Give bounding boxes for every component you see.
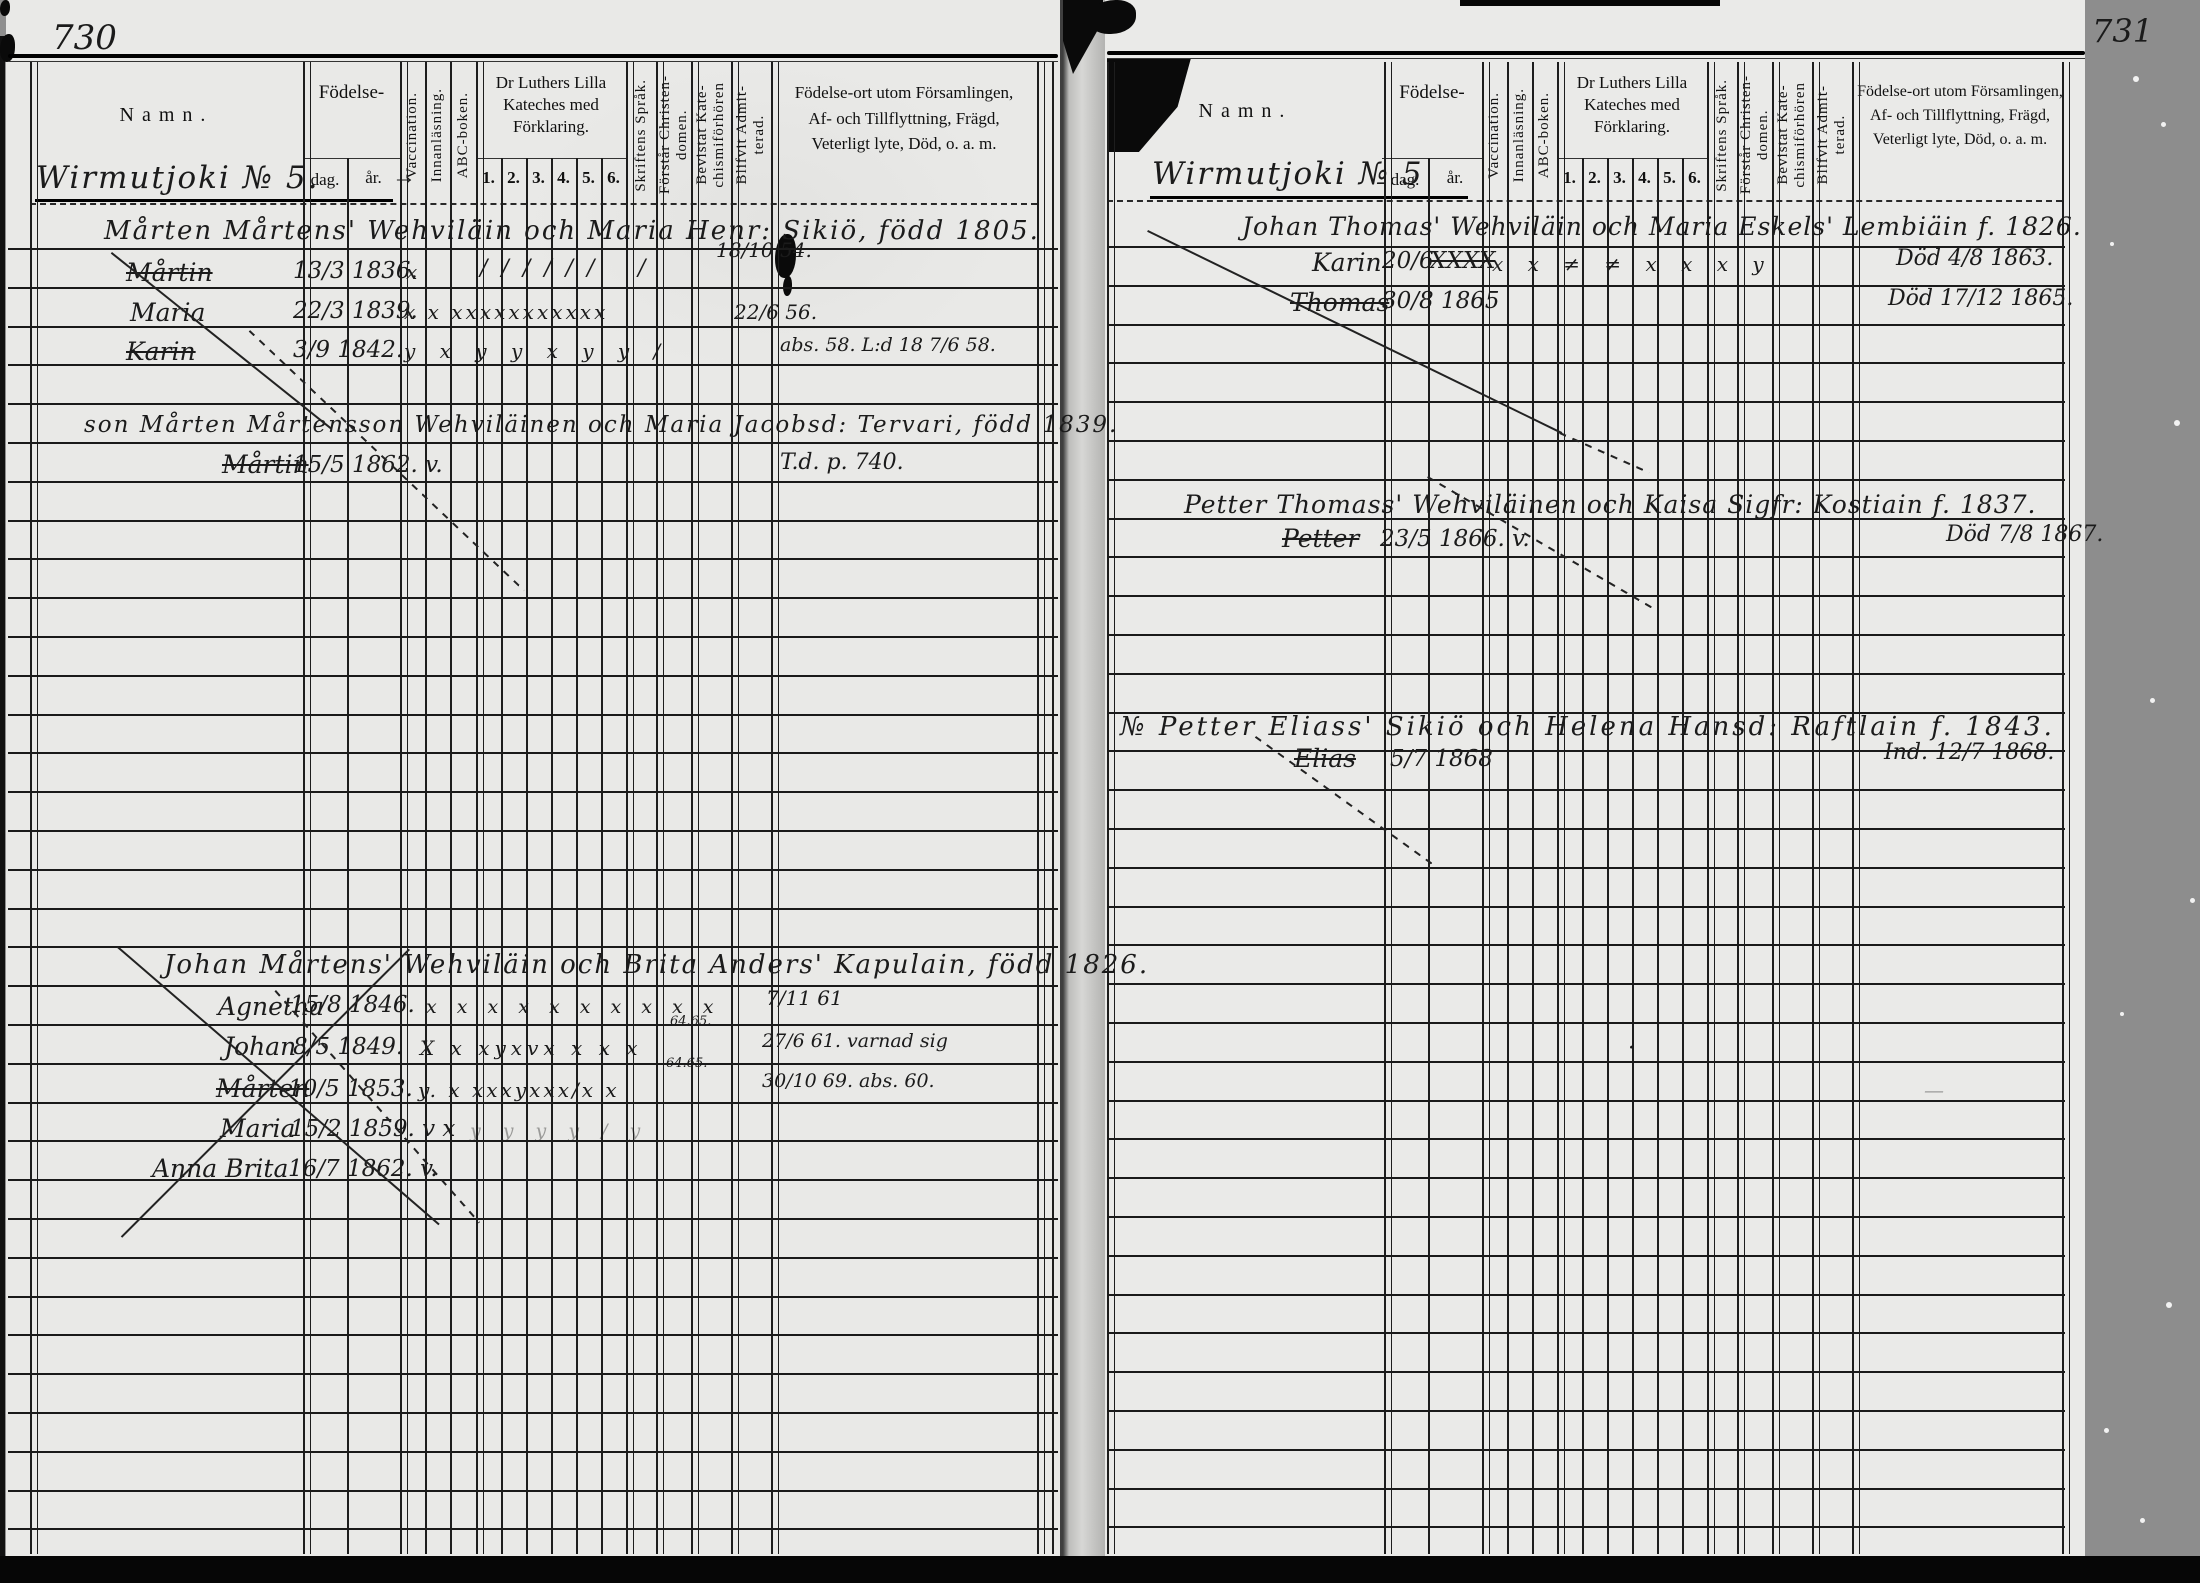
ruled-line (8, 830, 1058, 832)
ruled-line (8, 287, 1058, 289)
handwritten-entry: 64.65. (670, 1014, 711, 1029)
handwritten-entry: 3/9 1842. (293, 337, 403, 363)
handwritten-entry: son Mårten Mårtensson Wehviläinen och Ma… (84, 412, 1118, 438)
ruled-line (8, 675, 1058, 677)
luther-number-5: 5. (1657, 168, 1682, 188)
ruled-line (8, 1528, 1058, 1530)
speck (2110, 242, 2114, 246)
ruled-line (8, 481, 1058, 483)
handwritten-entry: · (1628, 1036, 1635, 1061)
handwritten-entry: Elias (1294, 744, 1356, 773)
column-line (551, 158, 553, 1554)
ruled-line (1107, 1488, 2065, 1490)
speck (2174, 420, 2180, 426)
ruled-line (1107, 362, 2065, 364)
ruled-line (8, 1257, 1058, 1259)
ruled-line (8, 1024, 1058, 1026)
handwritten-entry: Karin (1312, 248, 1382, 277)
scanner-background (2085, 0, 2200, 1583)
column-line (303, 62, 311, 1554)
column-line (1037, 62, 1045, 1554)
handwritten-entry: 23/5 1866. v. (1380, 526, 1530, 552)
col-abc-boken-label: ABC-boken. (1536, 92, 1553, 178)
col-luther-title: Dr Luthers Lilla Kateches med Förklaring… (1557, 72, 1707, 138)
church-record-scan: 730 731 Namn. Födelse- dag. år. Vaccinat… (0, 0, 2200, 1583)
ruled-line (1107, 1061, 2065, 1063)
column-line (476, 62, 484, 1554)
col-namn-label: Namn. (30, 104, 303, 127)
column-line (1682, 158, 1684, 1554)
handwritten-entry: Karin (126, 337, 196, 366)
speck (2161, 122, 2166, 127)
handwritten-entry: x x ≠ ≠ x x x y (1492, 252, 1773, 276)
luther-number-2: 2. (501, 168, 526, 188)
handwritten-entry: 15/5 1862. v. (293, 452, 443, 478)
book-gutter (1060, 0, 1105, 1556)
ruled-line (1107, 1022, 2065, 1024)
header-dashed-rule (30, 203, 1037, 205)
handwritten-entry: → (392, 164, 416, 191)
handwritten-entry: Mårten Mårtens' Wehviläin och Maria Henr… (104, 216, 1040, 246)
col-skriftens-label: Skriftens Språk. (1714, 79, 1731, 192)
column-line (1657, 158, 1659, 1554)
handwritten-entry: Maria (130, 298, 205, 327)
speck (2190, 898, 2195, 903)
handwritten-entry: y y y y / y (470, 1120, 648, 1142)
handwritten-entry: 10/5 1853. (288, 1076, 413, 1102)
handwritten-entry: Anna Brita (152, 1154, 288, 1183)
handwritten-entry: x (406, 260, 417, 284)
luther-number-2: 2. (1582, 168, 1607, 188)
column-line (400, 62, 408, 1554)
ruled-line (1107, 1255, 2065, 1257)
speck (2133, 76, 2139, 82)
ruled-line (8, 1451, 1058, 1453)
speck (2140, 1518, 2145, 1523)
top-rule (8, 54, 1058, 58)
ruled-line (8, 1218, 1058, 1220)
top-rule-thin (8, 61, 1058, 62)
column-line (656, 62, 664, 1554)
col-notes-header: Födelse-ort utom Församlingen, Af- och T… (771, 80, 1037, 157)
top-rule (1107, 51, 2085, 55)
ruled-line (8, 752, 1058, 754)
handwritten-entry: T.d. p. 740. (780, 450, 904, 475)
column-line (691, 62, 699, 1554)
luther-number-5: 5. (576, 168, 601, 188)
column-line (771, 62, 779, 1554)
ruled-line (8, 597, 1058, 599)
ruled-line (8, 1373, 1058, 1375)
ruled-line (8, 946, 1058, 948)
ruled-line (8, 1490, 1058, 1492)
col-bevistat-label: Bevistat Kate- chismiförhören (694, 82, 728, 188)
ruled-line (1107, 556, 2065, 558)
ruled-line (1107, 828, 2065, 830)
page-number-left: 730 (52, 18, 117, 58)
ruled-line (1107, 1294, 2065, 1296)
ruled-line (8, 520, 1058, 522)
handwritten-entry: 64.65. (666, 1056, 707, 1071)
handwritten-entry: / (638, 256, 645, 281)
ruled-line (1107, 634, 2065, 636)
handwritten-entry: Wirmutjoki № 5 (1152, 156, 1424, 192)
handwritten-entry: y x y y x y y / (404, 339, 669, 363)
ruled-line (1107, 479, 2065, 481)
col-fodelse-label: Födelse- (303, 82, 400, 104)
ruled-line (1107, 401, 2065, 403)
column-line (626, 62, 634, 1554)
column-line (450, 62, 452, 1554)
handwritten-entry: 22/3 1839. (293, 298, 418, 324)
column-line (1582, 158, 1584, 1554)
column-line (30, 62, 38, 1554)
ruled-line (1107, 1216, 2065, 1218)
speck (2104, 1428, 2109, 1433)
bottom-shadow (0, 1556, 2200, 1583)
col-innanlasning-label: Innanläsning. (1511, 88, 1528, 182)
handwritten-entry: Ind. 12/7 1868. (1884, 740, 2054, 765)
col-blifvit-label: Blifvit Admit- terad. (1815, 85, 1849, 184)
heading-underline (1150, 196, 1468, 199)
column-line (576, 158, 578, 1554)
ruled-line (8, 1334, 1058, 1336)
luther-number-4: 4. (551, 168, 576, 188)
heading-underline (35, 199, 393, 202)
handwritten-entry: y. x xxxyxxx/x x (418, 1078, 620, 1102)
ruled-line (1107, 906, 2065, 908)
column-line (1632, 158, 1634, 1554)
ruled-line (1107, 944, 2065, 946)
ruled-line (8, 1063, 1058, 1065)
col-innanlasning: Innanläsning. (1507, 64, 1532, 206)
col-bevistat-label: Bevistat Kate- chismiförhören (1775, 82, 1809, 188)
ruled-line (1107, 1332, 2065, 1334)
ruled-line (8, 442, 1058, 444)
ruled-line (1107, 1371, 2065, 1373)
column-line (601, 158, 603, 1554)
handwritten-entry: Död 7/8 1867. (1946, 522, 2103, 547)
col-notes-header: Födelse-ort utom Församlingen, Af- och T… (1852, 80, 2068, 152)
speck (2166, 1302, 2172, 1308)
handwritten-entry: x x xxxxxxxxxxx (404, 300, 608, 324)
col-abc-boken: ABC-boken. (1532, 64, 1557, 206)
handwritten-entry: Död 17/12 1865. (1888, 286, 2073, 311)
col-innanlasning: Innanläsning. (425, 64, 450, 206)
ruled-line (1107, 673, 2065, 675)
ruled-line (8, 558, 1058, 560)
luther-number-4: 4. (1632, 168, 1657, 188)
col-namn-label: Namn. (1107, 100, 1384, 123)
column-line (1607, 158, 1609, 1554)
handwritten-entry: Johan Mårtens' Wehviläin och Brita Ander… (164, 950, 1149, 980)
ruled-line (1107, 1410, 2065, 1412)
handwritten-entry: Petter (1282, 524, 1359, 553)
ruled-line (1107, 324, 2065, 326)
handwritten-entry: Johan Thomas' Wehviläin och Maria Eskels… (1242, 212, 2082, 241)
top-edge-mark (1460, 0, 1720, 6)
column-line (501, 158, 503, 1554)
handwritten-entry: 18/10 54. (716, 238, 812, 262)
left-edge-shadow (0, 36, 5, 1556)
handwritten-entry: XXXX (1430, 248, 1496, 274)
handwritten-entry: № Petter Eliass' Sikiö och Helena Hansd:… (1120, 712, 2055, 742)
ruled-line (8, 791, 1058, 793)
col-innanlasning-label: Innanläsning. (429, 88, 446, 182)
ruled-line (8, 248, 1058, 250)
ruled-line (8, 869, 1058, 871)
col-luther-title: Dr Luthers Lilla Kateches med Förklaring… (476, 72, 626, 138)
ruled-line (1107, 1100, 2065, 1102)
handwritten-entry: 20/6 (1382, 248, 1434, 274)
luther-number-6: 6. (601, 168, 626, 188)
handwritten-entry: Wirmutjoki № 5. (36, 160, 319, 196)
column-line (425, 62, 427, 1554)
handwritten-entry: Thomas (1290, 288, 1389, 317)
ruled-line (1107, 440, 2065, 442)
handwritten-entry: 13/3 1836. (293, 258, 418, 284)
luther-number-3: 3. (526, 168, 551, 188)
handwritten-entry: 22/6 56. (734, 300, 817, 324)
handwritten-entry: Död 4/8 1863. (1896, 246, 2053, 271)
ruled-line (8, 1412, 1058, 1414)
handwritten-entry: Mårtin (126, 258, 213, 287)
handwritten-entry: 30/8 1865 (1382, 288, 1500, 314)
ruled-line (1107, 983, 2065, 985)
speck (2120, 1012, 2124, 1016)
top-rule-thin (1107, 58, 2085, 59)
col-ar-label: år. (1428, 168, 1482, 188)
col-abc-boken: ABC-boken. (450, 64, 476, 206)
page-number-right: 731 (2092, 12, 2153, 50)
ruled-line (8, 636, 1058, 638)
handwritten-entry: Petter Thomass' Wehviläinen och Kaisa Si… (1184, 490, 2036, 519)
luther-number-6: 6. (1682, 168, 1707, 188)
ruled-line (8, 403, 1058, 405)
handwritten-entry: abs. 58. L:d 18 7/6 58. (780, 334, 996, 356)
ruled-line (1107, 1526, 2065, 1528)
handwritten-entry: X x xyxvx x x x (420, 1036, 643, 1060)
handwritten-entry: 7/11 61 (766, 986, 843, 1010)
handwritten-entry: — (1924, 1078, 1944, 1102)
luther-number-3: 3. (1607, 168, 1632, 188)
col-skriftens-label: Skriftens Språk. (633, 79, 650, 192)
ruled-line (8, 908, 1058, 910)
column-line (347, 158, 349, 1554)
column-line (1052, 62, 1054, 1554)
ruled-line (1107, 1449, 2065, 1451)
col-fodelse-label: Födelse- (1382, 82, 1482, 104)
handwritten-entry: 5/7 1868 (1390, 746, 1493, 772)
ruled-line (1107, 595, 2065, 597)
ruled-line (1107, 1177, 2065, 1179)
ruled-line (1107, 1138, 2065, 1140)
ruled-line (8, 714, 1058, 716)
column-line (526, 158, 528, 1554)
fodelse-divider (303, 158, 400, 159)
handwritten-entry: 27/6 61. varnad sig (762, 1030, 948, 1052)
ruled-line (1107, 789, 2065, 791)
handwritten-entry: 15/2 1859. v x (290, 1116, 455, 1142)
col-blifvit-label: Blifvit Admit- terad. (734, 85, 768, 184)
ruled-line (8, 1102, 1058, 1104)
ruled-line (1107, 867, 2065, 869)
speck (2150, 698, 2155, 703)
ruled-line (8, 1296, 1058, 1298)
handwritten-entry: 30/10 69. abs. 60. (762, 1070, 935, 1092)
header-dashed-rule (1107, 200, 2062, 202)
column-line (731, 62, 739, 1554)
col-abc-boken-label: ABC-boken. (455, 92, 472, 178)
handwritten-entry: ////// (480, 256, 608, 281)
